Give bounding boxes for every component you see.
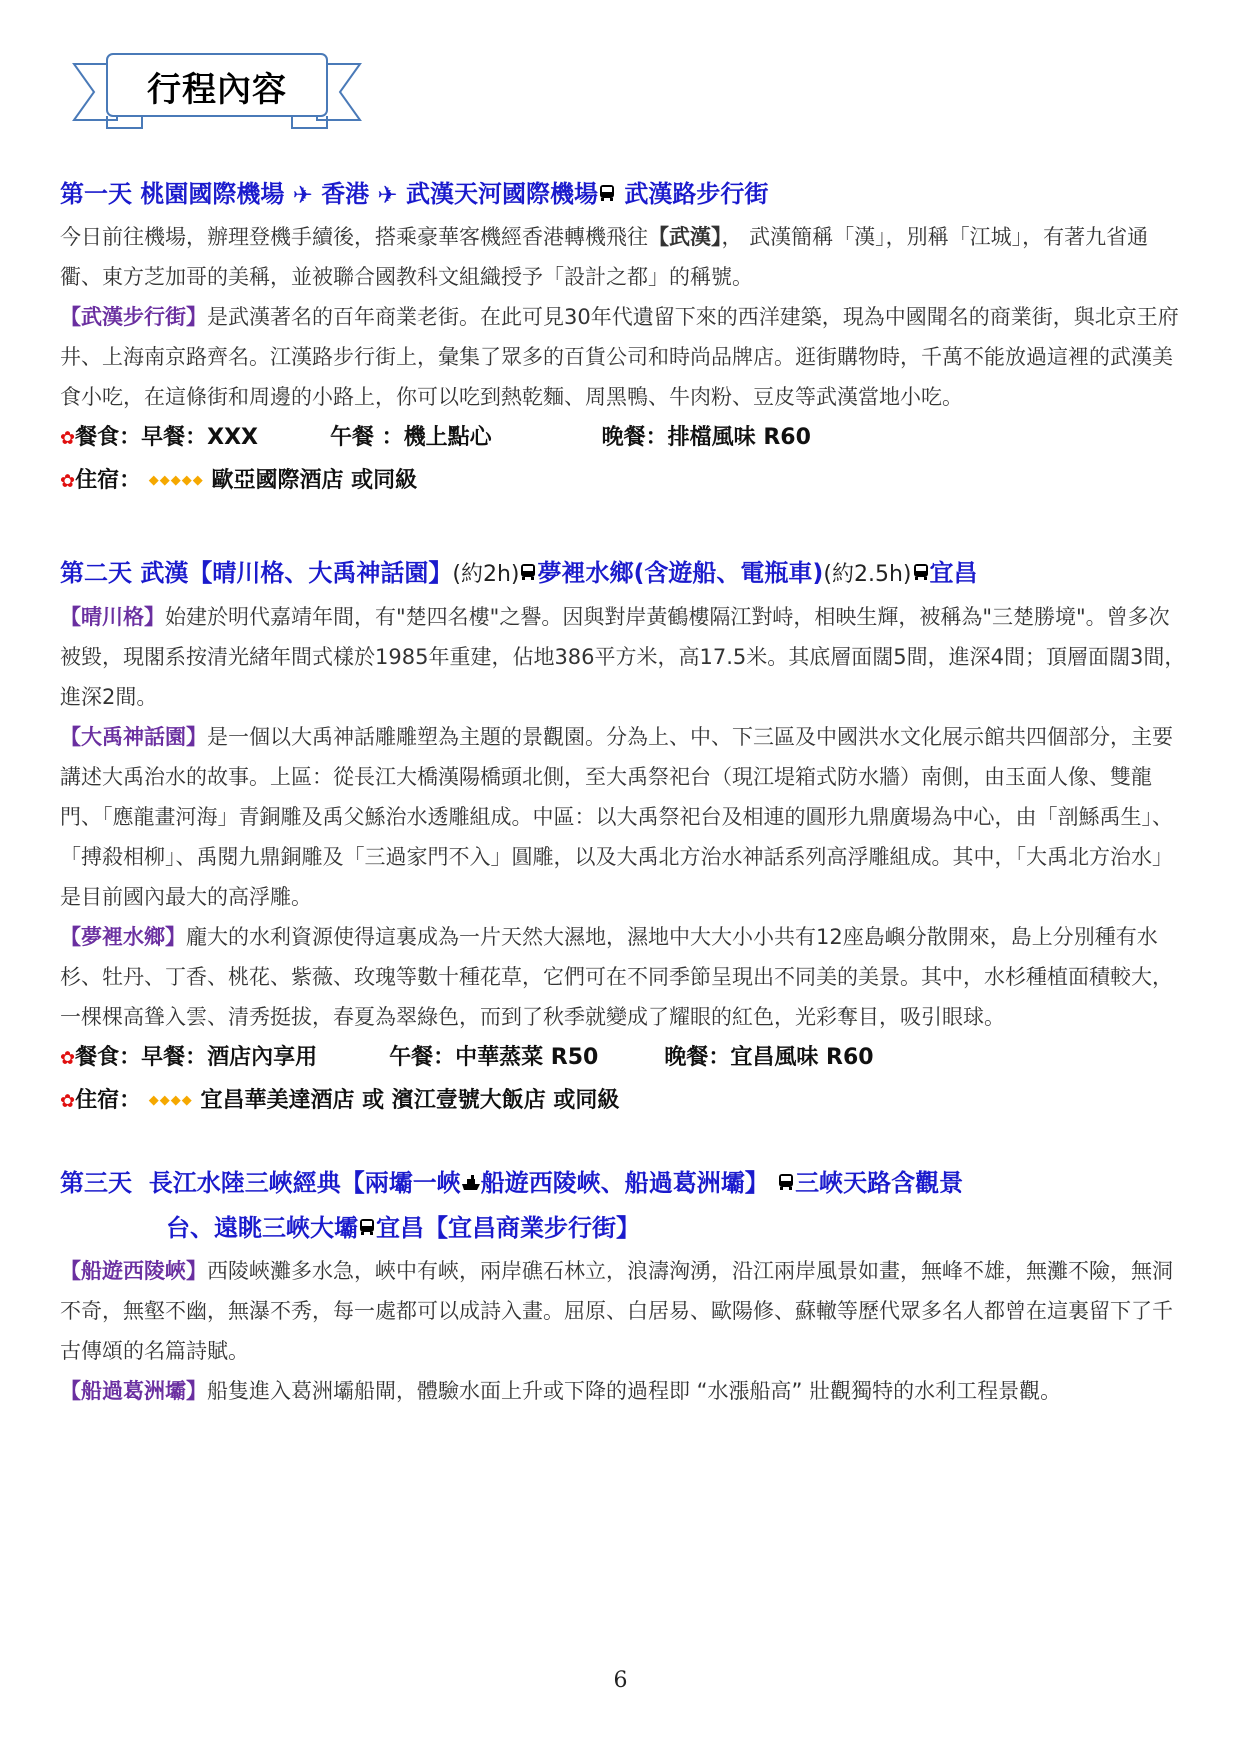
- attraction-xiling-gorge-cruise: 【船遊西陵峽】西陵峽灘多水急，峽中有峽，兩岸礁石林立，浪濤洶湧，沿江兩岸風景如畫…: [60, 1251, 1190, 1371]
- attraction-qingchuan-pavilion: 【晴川格】始建於明代嘉靖年間，有"楚四名樓"之譽。因與對岸黃鶴樓隔江對峙，相映生…: [60, 597, 1190, 717]
- bus-icon: [912, 552, 930, 596]
- flower-icon: ✿: [60, 428, 75, 449]
- ship-icon: [461, 1162, 481, 1206]
- hotel-name: 歐亞國際酒店 或同級: [211, 468, 417, 493]
- dinner: 晚餐：宜昌風味 R60: [664, 1045, 873, 1070]
- route-stop: 宜昌: [930, 559, 978, 587]
- attraction-tag: 【晴川格】: [60, 605, 165, 629]
- flower-icon: ✿: [60, 471, 75, 492]
- duration: (約2h): [452, 562, 519, 587]
- day-3-heading: 第三天 長江水陸三峽經典【兩壩一峽船遊西陵峽、船過葛洲壩】 三峽天路含觀景 台、…: [60, 1161, 1190, 1251]
- day-label: 第一天: [60, 180, 132, 208]
- page-number: 6: [0, 1668, 1241, 1693]
- bus-icon: [777, 1162, 795, 1206]
- section-banner: 行程內容: [72, 50, 362, 132]
- diamond-rating-icon: ◆◆◆◆: [149, 1093, 193, 1108]
- attraction-dayu-myth-park: 【大禹神話園】是一個以大禹神話雕雕塑為主題的景觀園。分為上、中、下三區及中國洪水…: [60, 717, 1190, 917]
- breakfast: 早餐：酒店內享用: [141, 1045, 317, 1070]
- day-label: 第二天: [60, 559, 132, 587]
- bus-icon: [598, 173, 616, 217]
- route-stop: 武漢天河國際機場: [406, 180, 598, 208]
- attraction-tag: 【船過葛洲壩】: [60, 1379, 207, 1403]
- dinner: 晚餐：排檔風味 R60: [602, 425, 811, 450]
- day-2-heading: 第二天 武漢【晴川格、大禹神話園】(約2h)夢裡水鄉(含遊船、電瓶車)(約2.5…: [60, 551, 1190, 597]
- meals-row: ✿餐食：早餐：酒店內享用午餐：中華蒸菜 R50晚餐：宜昌風味 R60: [60, 1037, 1190, 1080]
- route-stop: 香港: [321, 180, 369, 208]
- bus-icon: [358, 1207, 376, 1251]
- attraction-tag: 【大禹神話園】: [60, 725, 207, 749]
- route-stop: 武漢【晴川格、大禹神話園】: [140, 559, 452, 587]
- city-highlight: 【武漢】: [648, 225, 722, 249]
- attraction-tag: 【武漢步行街】: [60, 305, 207, 329]
- day-1-intro: 今日前往機場，辦理登機手續後，搭乘豪華客機經香港轉機飛往【武漢】， 武漢簡稱「漢…: [60, 217, 1190, 297]
- attraction-gezhouba-dam: 【船過葛洲壩】船隻進入葛洲壩船閘，體驗水面上升或下降的過程即 “水漲船高” 壯觀…: [60, 1371, 1190, 1411]
- flower-icon: ✿: [60, 1091, 75, 1112]
- flower-icon: ✿: [60, 1048, 75, 1069]
- breakfast: 早餐：XXX: [141, 425, 258, 450]
- lunch: 午餐 ：機上點心: [330, 425, 492, 450]
- attraction-tag: 【船遊西陵峽】: [60, 1259, 207, 1283]
- hotel-name: 宜昌華美達酒店 或 濱江壹號大飯店 或同級: [200, 1088, 619, 1113]
- attraction-dream-water-town: 【夢裡水鄉】龐大的水利資源使得這裏成為一片天然大濕地，濕地中大大小小共有12座島…: [60, 917, 1190, 1037]
- day-1-heading: 第一天 桃園國際機場 ✈ 香港 ✈ 武漢天河國際機場 武漢路步行街: [60, 172, 1190, 217]
- day-3: 第三天 長江水陸三峽經典【兩壩一峽船遊西陵峽、船過葛洲壩】 三峽天路含觀景 台、…: [60, 1161, 1190, 1411]
- section-title: 行程內容: [142, 62, 292, 111]
- route-stop: 桃園國際機場: [140, 180, 284, 208]
- itinerary-content: 第一天 桃園國際機場 ✈ 香港 ✈ 武漢天河國際機場 武漢路步行街 今日前往機場…: [60, 172, 1190, 1411]
- route-stop: 夢裡水鄉(含遊船、電瓶車): [537, 559, 823, 587]
- hotel-row: ✿住宿： ◆◆◆◆ 宜昌華美達酒店 或 濱江壹號大飯店 或同級: [60, 1080, 1190, 1123]
- lunch: 午餐：中華蒸菜 R50: [389, 1045, 598, 1070]
- duration: (約2.5h): [823, 562, 911, 587]
- airplane-icon: ✈: [378, 173, 398, 217]
- day-label: 第三天: [60, 1169, 132, 1197]
- bus-icon: [519, 552, 537, 596]
- attraction-wuhan-walking-street: 【武漢步行街】是武漢著名的百年商業老街。在此可見30年代遺留下來的西洋建築，現為…: [60, 297, 1190, 417]
- airplane-icon: ✈: [293, 173, 313, 217]
- day-2: 第二天 武漢【晴川格、大禹神話園】(約2h)夢裡水鄉(含遊船、電瓶車)(約2.5…: [60, 551, 1190, 1123]
- hotel-row: ✿住宿： ◆◆◆◆◆ 歐亞國際酒店 或同級: [60, 460, 1190, 503]
- diamond-rating-icon: ◆◆◆◆◆: [149, 473, 204, 488]
- meals-row: ✿餐食：早餐：XXX午餐 ：機上點心晚餐：排檔風味 R60: [60, 417, 1190, 460]
- day-1: 第一天 桃園國際機場 ✈ 香港 ✈ 武漢天河國際機場 武漢路步行街 今日前往機場…: [60, 172, 1190, 503]
- route-stop: 武漢路步行街: [624, 180, 768, 208]
- attraction-tag: 【夢裡水鄉】: [60, 925, 186, 949]
